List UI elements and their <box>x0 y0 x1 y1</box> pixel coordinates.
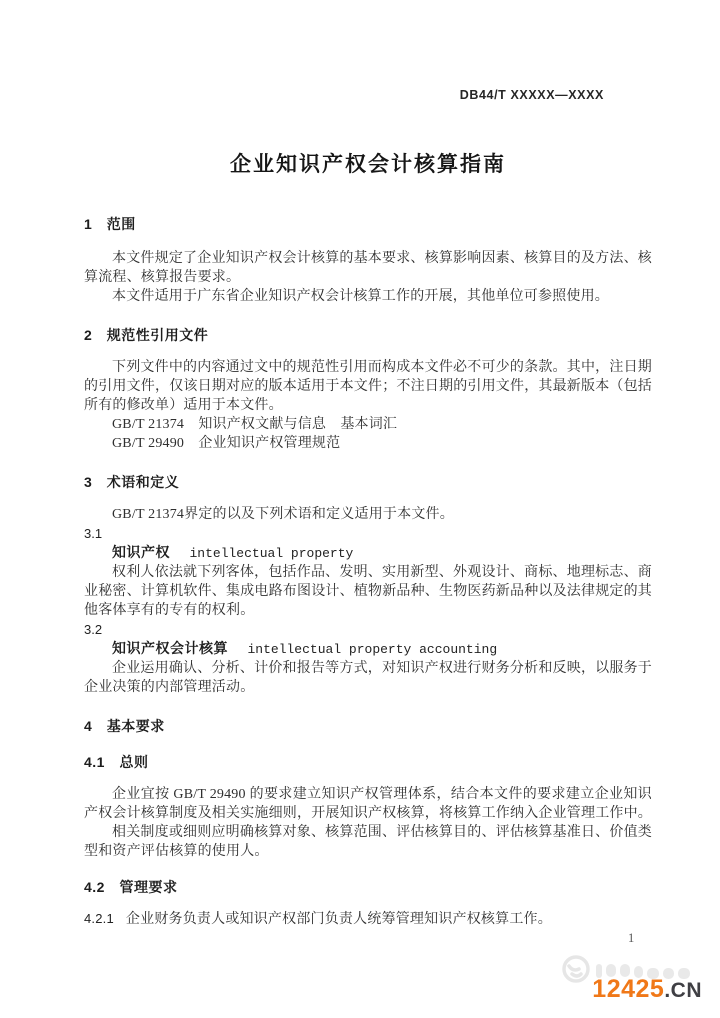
section-heading-scope: 1 范围 <box>84 215 652 234</box>
standard-number: DB44/T XXXXX—XXXX <box>84 88 652 103</box>
term-line-2: 知识产权会计核算 intellectual property accountin… <box>84 639 652 659</box>
clause-number-3-1: 3.1 <box>84 524 652 543</box>
document-page: DB44/T XXXXX—XXXX 企业知识产权会计核算指南 1 范围 本文件规… <box>0 0 720 1018</box>
term-en-2: intellectual property accounting <box>248 642 498 657</box>
clause-number-3-2: 3.2 <box>84 620 652 639</box>
watermark-text: 12425.CN <box>592 977 702 1002</box>
term-definition-2: 企业运用确认、分析、计价和报告等方式，对知识产权进行财务分析和反映，以服务于企业… <box>84 659 652 697</box>
reference-item-2: GB/T 29490 企业知识产权管理规范 <box>84 434 652 453</box>
paragraph-general-1: 企业宜按 GB/T 29490 的要求建立知识产权管理体系，结合本文件的要求建立… <box>84 785 652 823</box>
term-zh-2: 知识产权会计核算 <box>112 640 228 656</box>
term-zh-1: 知识产权 <box>112 544 170 560</box>
section-heading-basic-requirements: 4 基本要求 <box>84 717 652 736</box>
watermark-suffix: .CN <box>664 979 702 1002</box>
clause-number-4-2-1: 4.2.1 <box>84 911 114 926</box>
paragraph-general-2: 相关制度或细则应明确核算对象、核算范围、评估核算目的、评估核算基准日、价值类型和… <box>84 823 652 861</box>
section-heading-normative-references: 2 规范性引用文件 <box>84 326 652 345</box>
paragraph-normative-references: 下列文件中的内容通过文中的规范性引用而构成本文件必不可少的条款。其中，注日期的引… <box>84 358 652 415</box>
subsection-heading-management: 4.2 管理要求 <box>84 878 652 897</box>
reference-item-1: GB/T 21374 知识产权文献与信息 基本词汇 <box>84 415 652 434</box>
paragraph-terms-intro: GB/T 21374界定的以及下列术语和定义适用于本文件。 <box>84 505 652 524</box>
document-title: 企业知识产权会计核算指南 <box>84 151 652 179</box>
watermark-brand: 12425 <box>592 975 664 1003</box>
clause-4-2-1: 4.2.1企业财务负责人或知识产权部门负责人统筹管理知识产权核算工作。 <box>84 909 652 929</box>
term-line-1: 知识产权 intellectual property <box>84 543 652 563</box>
paragraph-scope-1: 本文件规定了企业知识产权会计核算的基本要求、核算影响因素、核算目的及方法、核算流… <box>84 249 652 287</box>
term-en-1: intellectual property <box>190 546 354 561</box>
page-number: 1 <box>628 931 634 946</box>
watermark-logo: 12425.CN <box>548 952 708 1004</box>
document-content: DB44/T XXXXX—XXXX 企业知识产权会计核算指南 1 范围 本文件规… <box>84 88 652 929</box>
section-heading-terms: 3 术语和定义 <box>84 473 652 492</box>
clause-text-4-2-1: 企业财务负责人或知识产权部门负责人统筹管理知识产权核算工作。 <box>126 912 552 927</box>
subsection-heading-general: 4.1 总则 <box>84 753 652 772</box>
term-definition-1: 权利人依法就下列客体，包括作品、发明、实用新型、外观设计、商标、地理标志、商业秘… <box>84 563 652 620</box>
paragraph-scope-2: 本文件适用于广东省企业知识产权会计核算工作的开展，其他单位可参照使用。 <box>84 287 652 306</box>
